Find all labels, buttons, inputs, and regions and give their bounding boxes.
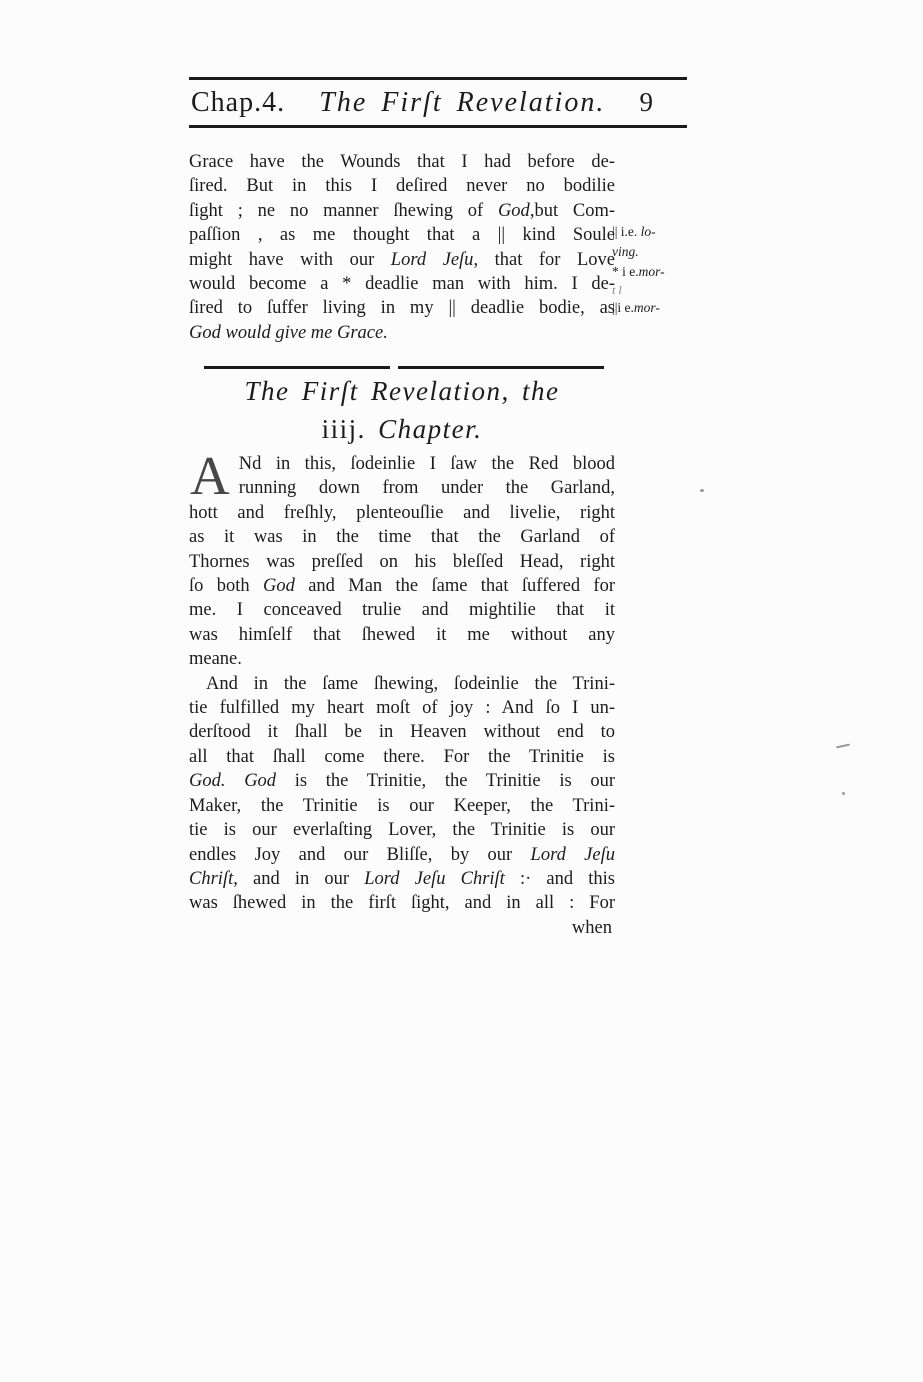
- chapter-label: Chap.4.: [191, 87, 285, 119]
- text-line: me. I conceaved trulie and mightilie tha…: [189, 598, 615, 622]
- drop-cap-letter: A: [189, 452, 239, 500]
- text-line: would become a * deadlie man with him. I…: [189, 272, 615, 296]
- text-line: endles Joy and our Bliſſe, by our Lord J…: [189, 843, 615, 867]
- continuation-paragraph: Grace have the Wounds that I had before …: [189, 150, 615, 345]
- text-line: was ſhewed in the firſt ſight, and in al…: [189, 891, 615, 915]
- page-number: 9: [640, 87, 654, 118]
- catchword: when: [189, 916, 615, 940]
- page-header: Chap.4. The Firſt Revelation. 9: [189, 77, 687, 128]
- text-line: || i.e. lo-: [612, 222, 720, 242]
- text-line: running down from under the Garland,: [189, 476, 615, 500]
- text-line: * i e.mor-: [612, 262, 720, 282]
- text-line: might have with our Lord Jeſu, that for …: [189, 248, 615, 272]
- text-line: derſtood it ſhall be in Heaven without e…: [189, 720, 615, 744]
- section-divider: [204, 366, 604, 369]
- text-line: all that ſhall come there. For the Trini…: [189, 745, 615, 769]
- text-line: tie is our everlaſting Lover, the Trinit…: [189, 818, 615, 842]
- chapter-opening-paragraph: Nd in this, ſodeinlie I ſaw the Red bloo…: [189, 452, 615, 672]
- text-line: Nd in this, ſodeinlie I ſaw the Red bloo…: [189, 452, 615, 476]
- section-heading: The Firſt Revelation, theiiij. Chapter.: [189, 372, 615, 448]
- book-page-scan: Chap.4. The Firſt Revelation. 9 Grace ha…: [0, 0, 923, 1382]
- text-line: The Firſt Revelation, the: [189, 372, 615, 410]
- margin-notes: || i.e. lo-ving.* i e.mor-t l||i e.mor-: [612, 222, 720, 318]
- text-line: as it was in the time that the Garland o…: [189, 525, 615, 549]
- text-line: Maker, the Trinitie is our Keeper, the T…: [189, 794, 615, 818]
- text-line: ſired to ſuffer living in my || deadlie …: [189, 296, 615, 320]
- text-line: And in the ſame ſhewing, ſodeinlie the T…: [189, 672, 615, 696]
- scan-artifact: [842, 792, 845, 795]
- text-line: iiij. Chapter.: [189, 410, 615, 448]
- text-line: God. God is the Trinitie, the Trinitie i…: [189, 769, 615, 793]
- text-line: t l: [612, 282, 720, 298]
- chapter-second-paragraph: And in the ſame ſhewing, ſodeinlie the T…: [189, 672, 615, 916]
- text-line: tie fulfilled my heart moſt of joy : And…: [189, 696, 615, 720]
- scan-artifact: [836, 744, 850, 749]
- running-title: The Firſt Revelation.: [285, 87, 639, 119]
- text-line: ſo both God and Man the ſame that ſuffer…: [189, 574, 615, 598]
- text-line: ſight ; ne no manner ſhewing of God,but …: [189, 199, 615, 223]
- text-line: ||i e.mor-: [612, 298, 720, 318]
- text-line: ving.: [612, 242, 720, 262]
- text-line: God would give me Grace.: [189, 321, 615, 345]
- text-line: ſired. But in this I deſired never no bo…: [189, 174, 615, 198]
- text-line: Chriſt, and in our Lord Jeſu Chriſt :· a…: [189, 867, 615, 891]
- text-line: Thornes was preſſed on his bleſſed Head,…: [189, 550, 615, 574]
- scan-artifact: [700, 489, 704, 492]
- text-line: paſſion , as me thought that a || kind S…: [189, 223, 615, 247]
- text-line: hott and freſhly, plenteouſlie and livel…: [189, 501, 615, 525]
- chapter-body: A Nd in this, ſodeinlie I ſaw the Red bl…: [189, 452, 615, 940]
- rule-segment: [204, 366, 390, 369]
- text-line: was himſelf that ſhewed it me without an…: [189, 623, 615, 647]
- text-line: meane.: [189, 647, 615, 671]
- text-line: Grace have the Wounds that I had before …: [189, 150, 615, 174]
- rule-segment: [398, 366, 604, 369]
